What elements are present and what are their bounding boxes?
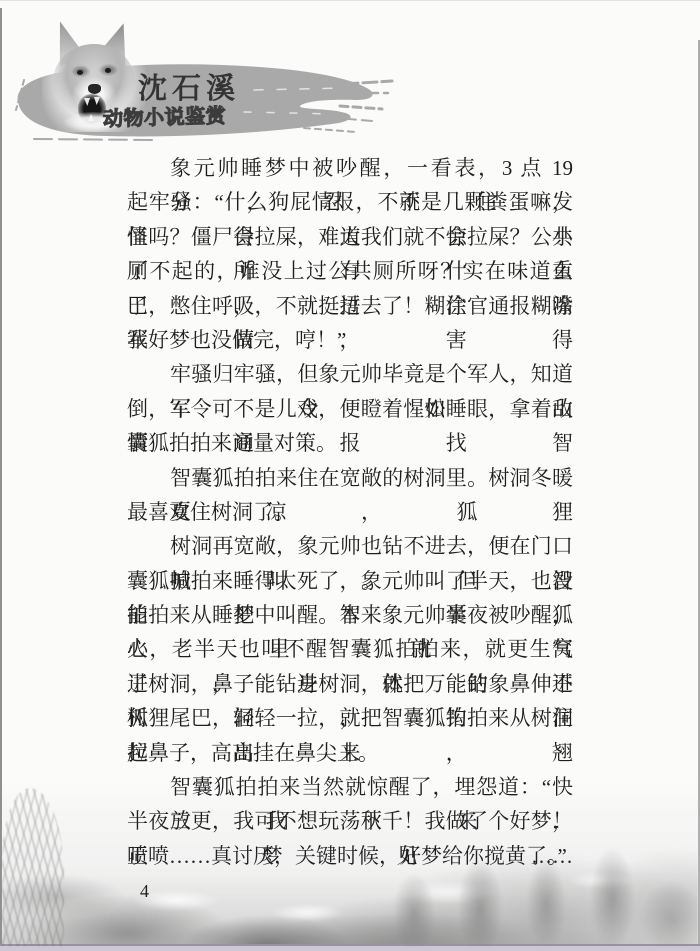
text-line: 牢骚归牢骚，但象元帅毕竟是个军人，知道军令如山 xyxy=(127,357,573,391)
page-number: 4 xyxy=(140,881,149,902)
text-line: 拍拍来从睡梦中叫醒。本来象元帅半夜被吵醒，心里就窝 xyxy=(127,598,573,632)
fox-right-eye xyxy=(105,68,111,73)
text-line: 怪吗？僵尸会拉屎，难道我们就不会拉屎？公共厕所有什么 xyxy=(127,220,573,254)
series-title: 动物小说鉴赏 xyxy=(103,99,227,131)
text-line: 狐狸尾巴，轻轻一拉，就把智囊狐拍拍来从树洞拉出来，翘 xyxy=(127,701,573,735)
body-text: 象元帅睡梦中被吵醒，一看表，3 点 19 分，忍不住发起牢骚：“什么狗屁情报，不… xyxy=(127,151,573,873)
text-line: 巴，憋住呼吸，不就挺过去了！糊涂官通报糊涂军情，害得 xyxy=(127,289,573,323)
book-page: 沈石溪 动物小说鉴赏 象元帅睡梦中被吵醒，一看表，3 点 19 分，忍不住发起牢… xyxy=(0,0,700,951)
page-top-edge xyxy=(0,0,700,1)
text-line: 起牢骚：“什么狗屁情报，不就是几颗粪蛋嘛，值得大惊小 xyxy=(127,185,573,219)
text-line: 进树洞，鼻子能钻进树洞，就把万能的象鼻伸进树洞，钩住 xyxy=(127,667,573,701)
fox-left-eye xyxy=(77,70,83,75)
text-line: 半夜三更，我可不想玩荡秋千！我做了个好梦，正梦见…… xyxy=(127,804,573,838)
text-line: 了不起的，谁没上过公共厕所呀？实在味道重了，捂住嘴 xyxy=(127,254,573,288)
fox-nose xyxy=(88,84,101,94)
text-line: 喷喷……真讨厌，关键时候，好梦给你搅黄了。” xyxy=(127,839,573,873)
text-line: 倒，军令可不是儿戏，便瞪着惺忪睡眼，拿着敌情通报找智 xyxy=(127,392,573,426)
text-line: 智囊狐拍拍来当然就惊醒了，埋怨道：“快放我下来！ xyxy=(127,770,573,804)
text-line: 树洞再宽敞，象元帅也钻不进去，便在门口喊叫。但智 xyxy=(127,529,573,563)
text-line: 火，老半天也叫不醒智囊狐拍拍来，就更生气了，身体钻不 xyxy=(127,632,573,666)
text-line: 智囊狐拍拍来住在宽敞的树洞里。树洞冬暖夏凉，狐狸 xyxy=(127,461,573,495)
text-line: 象元帅睡梦中被吵醒，一看表，3 点 19 分，忍不住发 xyxy=(127,151,573,185)
text-line: 囊狐拍拍来睡得太死了，象元帅叫了半天，也没能把智囊狐 xyxy=(127,564,573,598)
